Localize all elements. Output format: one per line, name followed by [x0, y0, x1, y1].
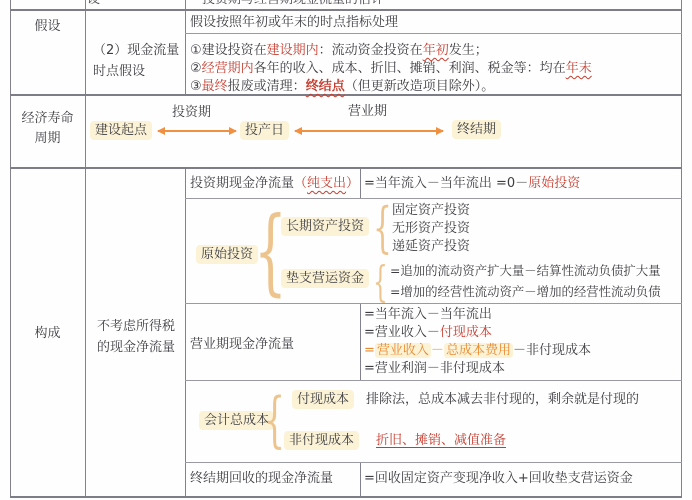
row-header-lifecycle-1: 经济寿命	[10, 111, 85, 127]
node-accounting-total-cost: 会计总成本	[199, 411, 274, 430]
text-segment: 各年的收入、成本、折旧、摊销、利润、税金等：均在	[254, 61, 566, 76]
list-item-deferred-asset: 递延资产投资	[392, 239, 470, 255]
row-divider-c4	[185, 462, 682, 463]
row-divider-c3	[185, 380, 682, 381]
col-divider-1	[85, 0, 86, 497]
emphasis-red-wavy: 年初	[423, 43, 449, 58]
node-original-investment: 原始投资	[196, 245, 258, 264]
row-header-composition: 构成	[10, 326, 85, 342]
node-working-capital-advanced: 垫支营运资金	[281, 269, 369, 288]
timeline-node-construction-start: 建设起点	[90, 121, 152, 140]
emphasis-red: 建设期内	[267, 43, 319, 58]
col-divider-2-bottom	[185, 167, 186, 497]
list-item-intangible-asset: 无形资产投资	[392, 221, 470, 237]
timeline-arrow-operation	[295, 130, 443, 132]
text-segment: =营业收入－	[364, 325, 440, 340]
brace: {	[373, 201, 392, 255]
emphasis-red-bold: 终结点	[306, 79, 345, 94]
paren-red: （	[294, 176, 307, 191]
formula-terminal-recovery: =回收固定资产变现净收入+回收垫支营运资金	[364, 471, 633, 487]
cell-timepoint-assumption-label: （2）现金流量时点假设	[93, 40, 185, 82]
emphasis-orange-highlight: 总成本费用	[444, 343, 513, 358]
brace: {	[264, 390, 285, 450]
formula-operating-3: =营业收入－总成本费用－非付现成本	[364, 343, 591, 359]
formula-operating-2: =营业收入－付现成本	[364, 325, 492, 341]
cell-pretax-ncf-label-1: 不考虑所得税	[89, 319, 183, 335]
inner-divider-row3	[360, 303, 361, 380]
text-segment: （但更新改造项目除外）。	[345, 79, 495, 94]
emphasis-red-wavy: 纯支出	[307, 176, 346, 191]
node-long-term-asset-investment: 长期资产投资	[281, 217, 369, 236]
text-segment: ：流动资金投资在	[319, 43, 423, 58]
timeline-node-production-date: 投产日	[240, 121, 289, 140]
row-divider-rule	[185, 33, 682, 34]
text-segment: 报废或清理：	[228, 79, 306, 94]
emphasis-red: 原始投资	[528, 176, 580, 191]
assumption-item-3: ③最终报废或清理：终结点（但更新改造项目除外）。	[190, 79, 494, 95]
emphasis-orange-highlight: 营业收入	[375, 343, 431, 358]
inner-divider-row1	[360, 167, 361, 199]
clipped-row-fragment: 投资期与经营期现金流量的估计	[202, 0, 432, 7]
row-header-lifecycle-2: 周期	[10, 131, 85, 147]
label-terminal-recovery-ncf: 终结期回收的现金净流量	[190, 471, 333, 487]
formula-operating-4: =营业利润－非付现成本	[364, 361, 505, 377]
text-segment: 投资期现金净流量	[190, 176, 294, 191]
timeline-period-operation: 营业期	[348, 104, 387, 120]
formula-operating-1: =当年流入－当年流出	[364, 307, 492, 323]
label-operating-period-ncf: 营业期现金净流量	[190, 337, 294, 353]
inner-divider-row5	[360, 462, 361, 497]
table-border-bottom	[10, 496, 682, 498]
node-cash-cost: 付现成本	[292, 390, 354, 409]
emphasis-red: 付现成本	[440, 325, 492, 340]
cell-pretax-ncf-label-2: 的现金净流量	[89, 340, 183, 356]
clipped-row: 投资期与经营期现金流量的估计	[202, 0, 432, 8]
brace: {	[373, 261, 388, 303]
timeline-arrow-investment	[158, 130, 236, 132]
study-notes-table: 设 投资期与经营期现金流量的估计 假设 （2）现金流量时点假设 假设按照年初或年…	[0, 0, 692, 500]
section-divider-2	[10, 167, 682, 169]
emphasis-red: 最终	[202, 79, 228, 94]
timeline-period-investment: 投资期	[172, 105, 211, 121]
formula-working-capital-1: =追加的流动资产扩大量－结算性流动负债扩大量	[390, 263, 661, 279]
node-non-cash-cost: 非付现成本	[284, 431, 359, 450]
note-non-cash-cost: 折旧、摊销、减值准备	[376, 433, 506, 449]
clipped-row: 设	[87, 0, 177, 8]
text-segment-orange: －	[431, 343, 444, 358]
text-segment: ③	[190, 79, 202, 94]
row-header-assumptions: 假设	[10, 19, 85, 35]
col-divider-2-top	[185, 0, 186, 95]
table-border-left	[10, 0, 11, 497]
text-segment: ②	[190, 61, 202, 76]
text-segment-orange: =	[364, 343, 375, 358]
assumption-item-1: ①建设投资在建设期内：流动资金投资在年初发生；	[190, 43, 488, 59]
text-segment: =当年流入－当年流出 =0－	[364, 176, 528, 191]
label-investment-period-ncf: 投资期现金净流量（纯支出）	[190, 176, 359, 192]
table-border-right	[681, 0, 682, 497]
emphasis-red-wavy: 年末	[566, 61, 592, 76]
text-segment: ①建设投资在	[190, 43, 267, 58]
row-divider-top	[10, 9, 682, 11]
formula-working-capital-2: =增加的经营性流动资产－增加的经营性流动负债	[390, 284, 661, 300]
emphasis-red: 经营期内	[202, 61, 254, 76]
clipped-row-fragment: 设	[87, 0, 177, 7]
text-segment: －非付现成本	[513, 343, 591, 358]
paren-red: ）	[346, 176, 359, 191]
text-segment: 发生；	[449, 43, 488, 58]
assumption-item-2: ②经营期内各年的收入、成本、折旧、摊销、利润、税金等：均在年末	[190, 61, 592, 77]
cell-rule-text: 假设按照年初或年末的时点指标处理	[190, 15, 398, 31]
list-item-fixed-asset: 固定资产投资	[392, 203, 470, 219]
timeline-node-termination: 终结期	[452, 120, 501, 139]
formula-investment-period: =当年流入－当年流出 =0－原始投资	[364, 176, 580, 192]
note-cash-cost: 排除法，总成本减去非付现的，剩余就是付现的	[366, 392, 639, 408]
